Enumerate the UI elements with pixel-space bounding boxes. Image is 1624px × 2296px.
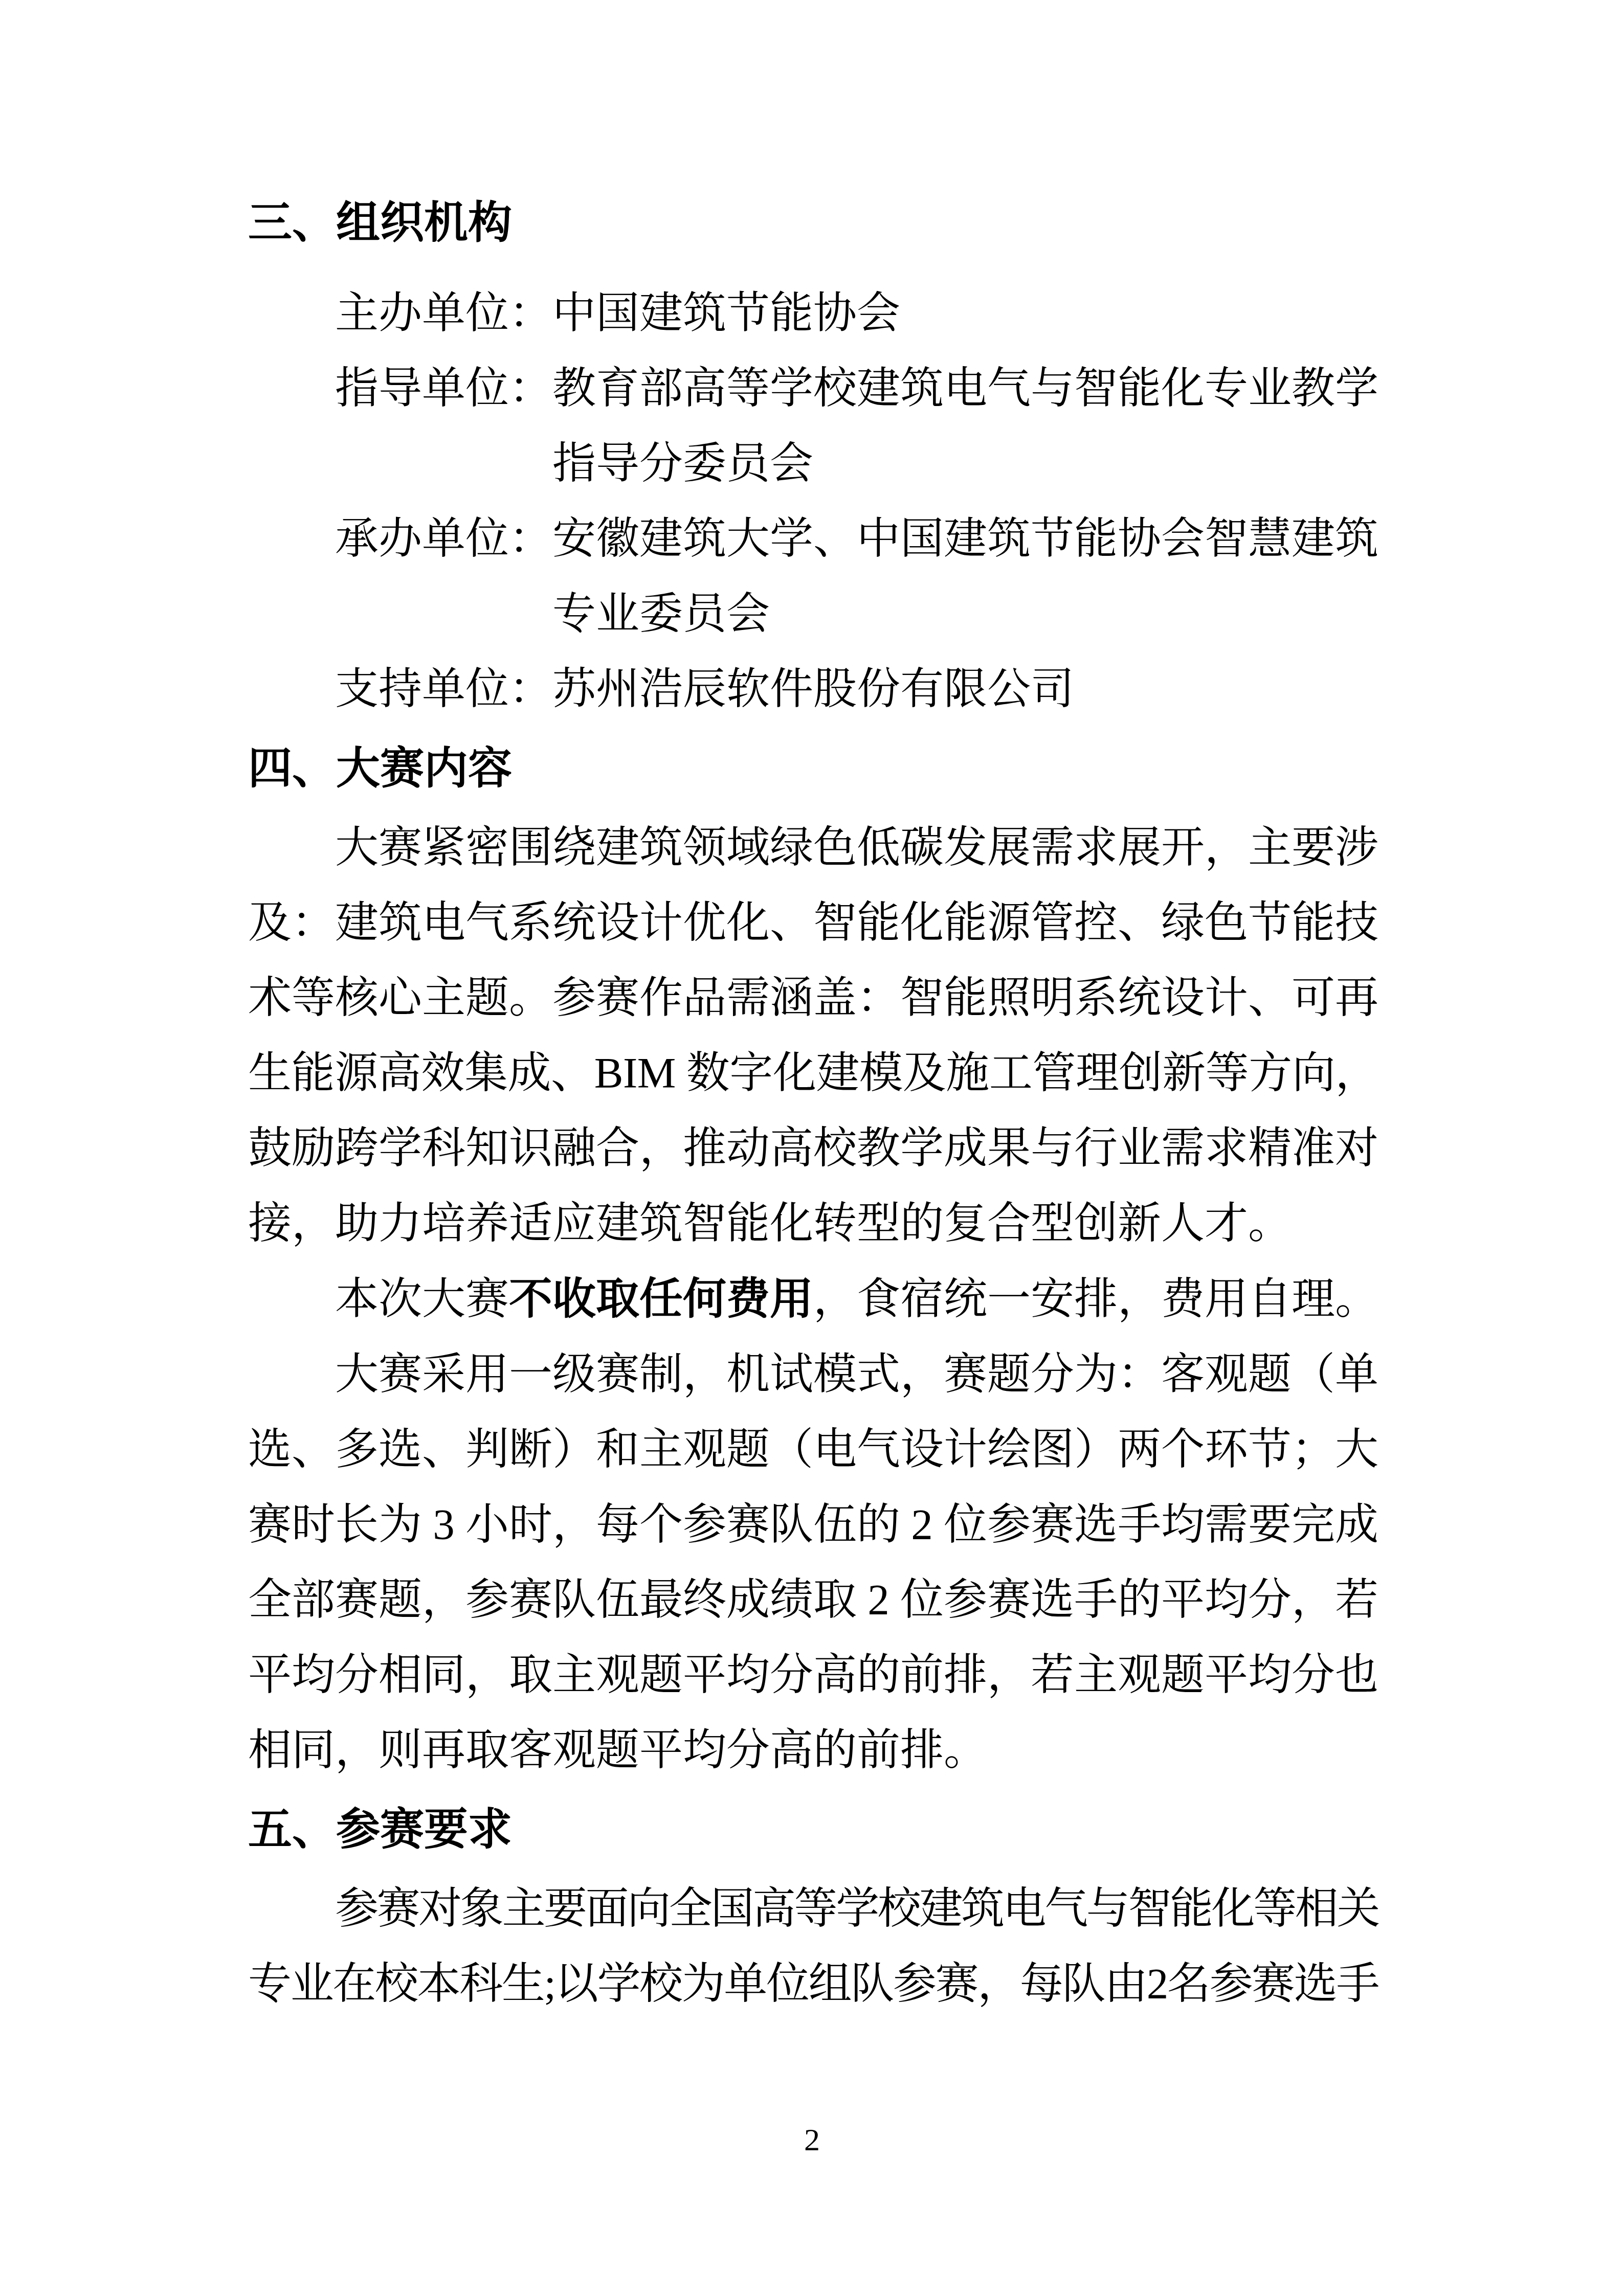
line-inner: 鼓励跨学科知识融合，推动高校教学成果与行业需求精准对 [248, 1124, 1378, 1173]
line-inner: 专业在校本科生;以学校为单位组队参赛，每队由2名参赛选手 [248, 1960, 1378, 2008]
text-segment: 平均分相同，取主观题平均分高的前排，若主观题平均分也 [248, 1651, 1378, 1699]
text-line: 相同，则再取客观题平均分高的前排。 [248, 1713, 1378, 1788]
text-segment: 生能源高效集成、BIM 数字化建模及施工管理创新等方向， [248, 1049, 1378, 1097]
text-line: 平均分相同，取主观题平均分高的前排，若主观题平均分也 [248, 1638, 1378, 1713]
section-heading: 五、参赛要求 [248, 1792, 1378, 1867]
line-inner: 参赛对象主要面向全国高等学校建筑电气与智能化等相关 [335, 1885, 1378, 1933]
line-inner: 及：建筑电气系统设计优化、智能化能源管控、绿色节能技 [248, 899, 1378, 947]
line-inner: 五、参赛要求 [248, 1805, 512, 1854]
text-line: 接，助力培养适应建筑智能化转型的复合型创新人才。 [248, 1186, 1378, 1262]
bold-text-segment: 五、参赛要求 [248, 1805, 512, 1854]
text-segment: 大赛紧密围绕建筑领域绿色低碳发展需求展开，主要涉 [335, 824, 1378, 872]
line-inner: 三、组织机构 [248, 198, 512, 247]
line-inner: 主办单位：中国建筑节能协会 [335, 289, 900, 337]
text-segment: 赛时长为 3 小时，每个参赛队伍的 2 位参赛选手均需要完成 [248, 1501, 1378, 1549]
page-number: 2 [804, 2123, 820, 2157]
text-line: 赛时长为 3 小时，每个参赛队伍的 2 位参赛选手均需要完成 [248, 1488, 1378, 1563]
text-line: 参赛对象主要面向全国高等学校建筑电气与智能化等相关 [248, 1872, 1378, 1947]
line-inner: 大赛紧密围绕建筑领域绿色低碳发展需求展开，主要涉 [335, 824, 1378, 872]
text-segment: 参赛对象主要面向全国高等学校建筑电气与智能化等相关 [335, 1885, 1378, 1933]
text-line: 鼓励跨学科知识融合，推动高校教学成果与行业需求精准对 [248, 1111, 1378, 1186]
text-line: 本次大赛不收取任何费用，食宿统一安排，费用自理。 [248, 1262, 1378, 1337]
text-line: 专业委员会 [248, 577, 1378, 652]
section-heading: 四、大赛内容 [248, 731, 1378, 806]
line-inner: 术等核心主题。参赛作品需涵盖：智能照明系统设计、可再 [248, 974, 1378, 1022]
line-inner: 平均分相同，取主观题平均分高的前排，若主观题平均分也 [248, 1651, 1378, 1699]
line-inner: 相同，则再取客观题平均分高的前排。 [248, 1726, 987, 1774]
line-inner: 支持单位：苏州浩辰软件股份有限公司 [335, 665, 1074, 713]
line-inner: 四、大赛内容 [248, 744, 512, 793]
text-segment: 指导分委员会 [552, 440, 813, 488]
text-line: 承办单位：安徽建筑大学、中国建筑节能协会智慧建筑 [248, 502, 1378, 577]
line-inner: 接，助力培养适应建筑智能化转型的复合型创新人才。 [248, 1200, 1292, 1248]
bold-text-segment: 不收取任何费用 [509, 1275, 813, 1323]
text-line: 指导分委员会 [248, 426, 1378, 502]
text-segment: 相同，则再取客观题平均分高的前排。 [248, 1726, 987, 1774]
line-inner: 专业委员会 [552, 590, 770, 638]
bold-text-segment: 三、组织机构 [248, 198, 512, 247]
line-inner: 生能源高效集成、BIM 数字化建模及施工管理创新等方向， [248, 1049, 1378, 1097]
text-segment: 选、多选、判断）和主观题（电气设计绘图）两个环节；大 [248, 1426, 1378, 1474]
text-segment: 主办单位：中国建筑节能协会 [335, 289, 900, 337]
text-line: 全部赛题，参赛队伍最终成绩取 2 位参赛选手的平均分，若 [248, 1563, 1378, 1638]
line-inner: 指导分委员会 [552, 440, 813, 488]
line-inner: 指导单位：教育部高等学校建筑电气与智能化专业教学 [335, 365, 1378, 413]
page-footer: 2 [0, 2122, 1624, 2158]
text-segment: 鼓励跨学科知识融合，推动高校教学成果与行业需求精准对 [248, 1124, 1378, 1173]
text-line: 专业在校本科生;以学校为单位组队参赛，每队由2名参赛选手 [248, 1947, 1378, 2022]
text-segment: 专业在校本科生;以学校为单位组队参赛，每队由2名参赛选手 [248, 1960, 1378, 2008]
line-inner: 本次大赛不收取任何费用，食宿统一安排，费用自理。 [335, 1275, 1378, 1323]
text-segment: 专业委员会 [552, 590, 770, 638]
document-content: 三、组织机构主办单位：中国建筑节能协会指导单位：教育部高等学校建筑电气与智能化专… [248, 186, 1378, 2022]
text-segment: 全部赛题，参赛队伍最终成绩取 2 位参赛选手的平均分，若 [248, 1576, 1378, 1624]
line-inner: 选、多选、判断）和主观题（电气设计绘图）两个环节；大 [248, 1426, 1378, 1474]
text-line: 大赛紧密围绕建筑领域绿色低碳发展需求展开，主要涉 [248, 811, 1378, 886]
text-line: 主办单位：中国建筑节能协会 [248, 276, 1378, 351]
text-segment: 本次大赛 [335, 1275, 509, 1323]
text-line: 术等核心主题。参赛作品需涵盖：智能照明系统设计、可再 [248, 961, 1378, 1036]
text-segment: 术等核心主题。参赛作品需涵盖：智能照明系统设计、可再 [248, 974, 1378, 1022]
text-segment: ，食宿统一安排，费用自理。 [813, 1275, 1378, 1323]
text-segment: 及：建筑电气系统设计优化、智能化能源管控、绿色节能技 [248, 899, 1378, 947]
line-inner: 承办单位：安徽建筑大学、中国建筑节能协会智慧建筑 [335, 515, 1378, 563]
text-segment: 支持单位：苏州浩辰软件股份有限公司 [335, 665, 1074, 713]
text-line: 生能源高效集成、BIM 数字化建模及施工管理创新等方向， [248, 1036, 1378, 1111]
line-inner: 全部赛题，参赛队伍最终成绩取 2 位参赛选手的平均分，若 [248, 1576, 1378, 1624]
text-line: 指导单位：教育部高等学校建筑电气与智能化专业教学 [248, 351, 1378, 426]
bold-text-segment: 四、大赛内容 [248, 744, 512, 793]
document-page: 三、组织机构主办单位：中国建筑节能协会指导单位：教育部高等学校建筑电气与智能化专… [0, 0, 1624, 2296]
text-line: 选、多选、判断）和主观题（电气设计绘图）两个环节；大 [248, 1412, 1378, 1488]
text-line: 及：建筑电气系统设计优化、智能化能源管控、绿色节能技 [248, 886, 1378, 961]
line-inner: 赛时长为 3 小时，每个参赛队伍的 2 位参赛选手均需要完成 [248, 1501, 1378, 1549]
line-inner: 大赛采用一级赛制，机试模式，赛题分为：客观题（单 [335, 1350, 1378, 1399]
text-line: 大赛采用一级赛制，机试模式，赛题分为：客观题（单 [248, 1337, 1378, 1412]
text-line: 支持单位：苏州浩辰软件股份有限公司 [248, 652, 1378, 727]
section-heading: 三、组织机构 [248, 186, 1378, 261]
text-segment: 指导单位：教育部高等学校建筑电气与智能化专业教学 [335, 365, 1378, 413]
text-segment: 接，助力培养适应建筑智能化转型的复合型创新人才。 [248, 1200, 1292, 1248]
text-segment: 承办单位：安徽建筑大学、中国建筑节能协会智慧建筑 [335, 515, 1378, 563]
text-segment: 大赛采用一级赛制，机试模式，赛题分为：客观题（单 [335, 1350, 1378, 1399]
